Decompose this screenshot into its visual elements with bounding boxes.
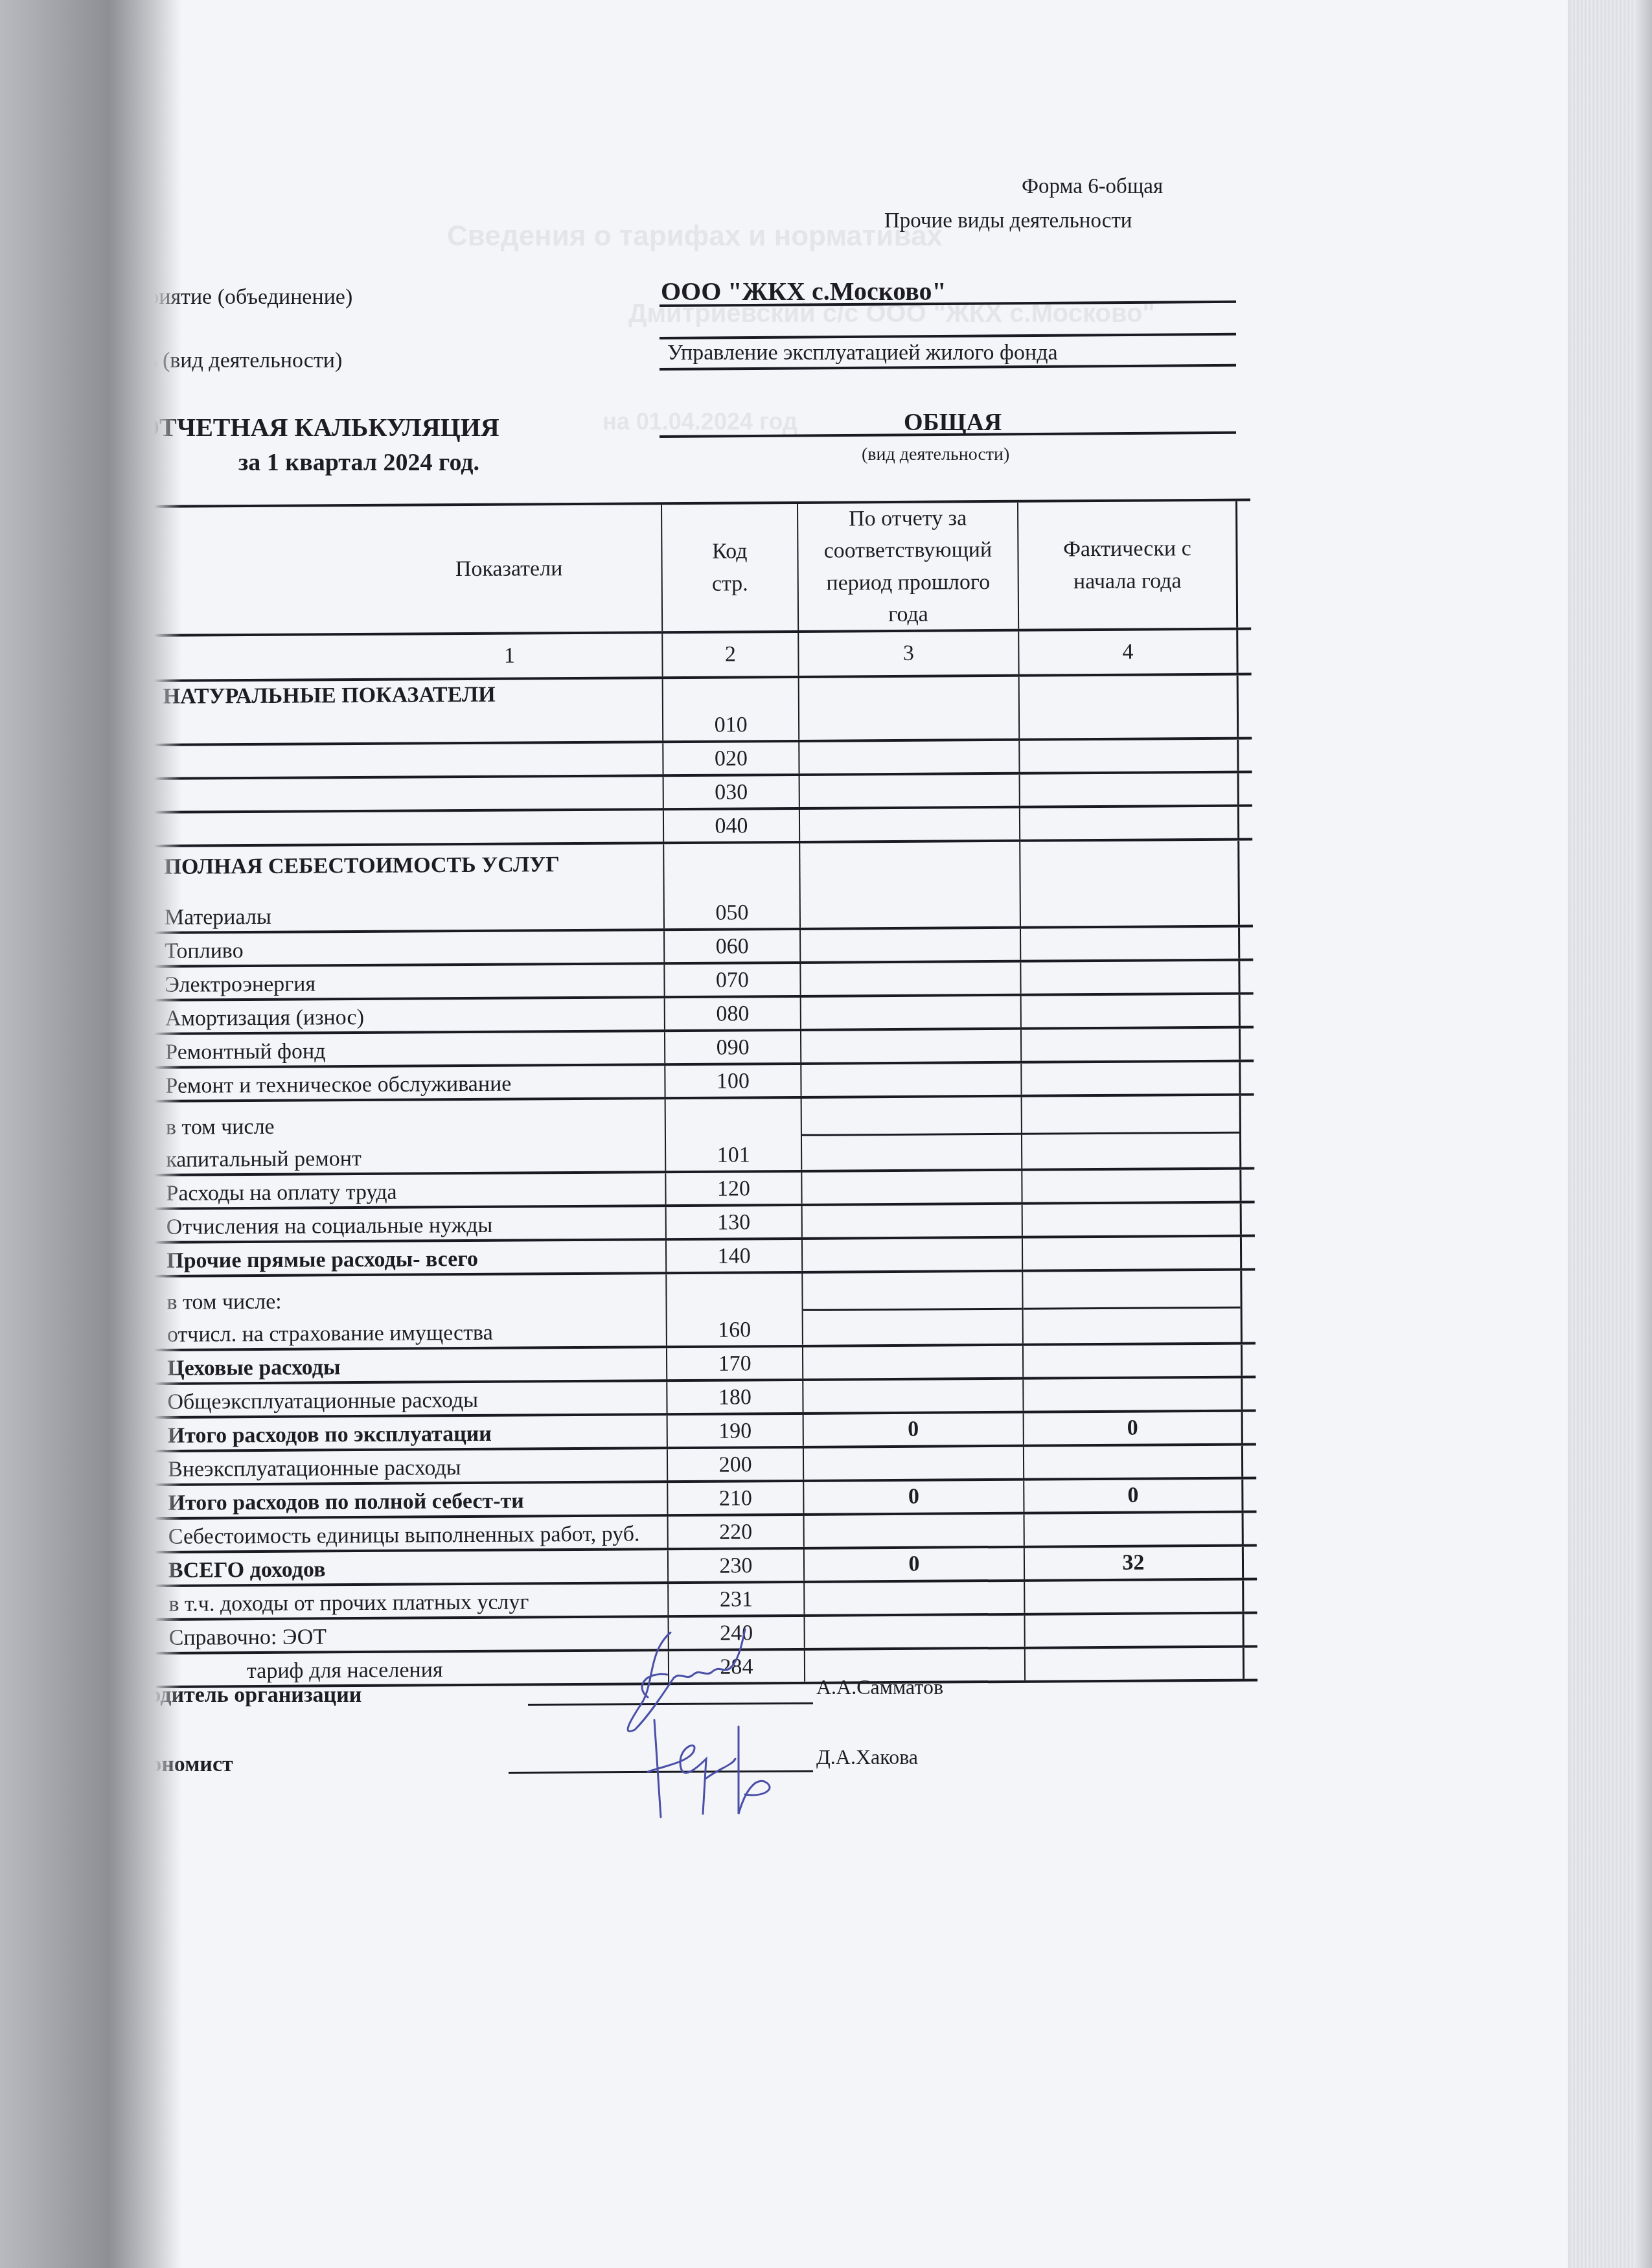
row-code: 080 [664,998,800,1029]
row-value-actual [1022,1204,1242,1236]
row-value-actual [1021,1170,1241,1202]
col-number: 3 [797,632,1018,676]
row-code: 200 [667,1449,803,1480]
row-code: 090 [664,1031,800,1063]
col-header-indicators: Показатели [149,505,661,634]
stacked-page-edges [1568,0,1652,2268]
row-code: 220 [667,1516,803,1548]
row-value-prev-year [801,1097,1022,1170]
col-number: 1 [150,634,661,680]
row-value-prev-year [801,1171,1021,1204]
row-code: 120 [665,1173,801,1204]
row-indicator-name [151,777,663,811]
row-value-prev-year [799,842,1020,928]
row-indicator-name: Амортизация (износ) [152,998,664,1033]
sub-cell-divider [802,1097,1021,1136]
economist-signature [641,1701,790,1830]
row-value-actual: 0 [1023,1412,1243,1445]
row-value-prev-year [801,1205,1022,1237]
activity-kind: ОБЩАЯ [904,410,1002,435]
row-indicator-name: НАТУРАЛЬНЫЕ ПОКАЗАТЕЛИ [150,679,663,744]
row-indicator-name: Прочие прямые расходы- всего [154,1241,665,1275]
row-value-actual [1018,676,1239,739]
col-number: 2 [661,633,797,676]
row-code: 130 [665,1206,801,1238]
row-code: 170 [666,1347,802,1379]
row-code: 230 [667,1550,803,1581]
row-value-prev-year [804,1616,1024,1648]
table-row: ПОЛНАЯ СЕБЕСТОИМОСТЬ УСЛУГМатериалы050 [151,841,1253,934]
row-value-prev-year [800,1030,1020,1062]
row-value-actual [1022,1379,1243,1411]
row-code: 160 [665,1274,802,1346]
row-value-prev-year [798,741,1018,773]
row-value-prev-year: 0 [803,1414,1023,1446]
row-value-actual [1020,961,1240,994]
row-value-prev-year [801,1272,1022,1345]
row-code: 100 [664,1065,800,1097]
col-header-prev-year: По отчету за соответствующий период прош… [797,503,1018,630]
row-value-prev-year [803,1515,1024,1547]
row-value-actual [1022,1271,1243,1344]
row-value-prev-year [800,996,1020,1029]
row-indicator-name: Итого расходов по полной себест-ти [155,1483,667,1517]
scan-binding-shadow [0,0,181,2268]
calculation-table: Показатели Код стр. По отчету за соответ… [149,499,1257,1688]
row-indicator-name: в т.ч. доходы от прочих платных услуг [155,1584,667,1618]
sub-cell-divider [1023,1271,1240,1310]
row-value-actual [1024,1614,1244,1647]
row-code: 030 [663,776,799,808]
row-indicator-name [150,743,662,777]
row-value-actual [1020,1029,1241,1061]
row-value-actual [1022,1237,1242,1270]
row-indicator-group: в том числе [166,1115,275,1140]
row-indicator-name: в том числе:отчисл. на страхование имуще… [154,1274,666,1349]
row-code: 020 [662,742,798,774]
column-number-row: 1 2 3 4 [150,630,1251,682]
row-value-actual [1020,1062,1241,1095]
row-indicator-subitem: отчисл. на страхование имущества [167,1321,493,1347]
row-value-prev-year: 0 [803,1481,1023,1513]
row-value-prev-year [801,1239,1022,1271]
row-indicator-name: Ремонтный фонд [152,1032,664,1066]
row-code: 101 [665,1099,801,1171]
row-code: 060 [663,930,799,962]
row-code: 180 [666,1381,802,1413]
row-code: 010 [662,678,799,740]
row-indicator-name: Топливо [152,931,663,965]
row-indicator-name: Себестоимость единицы выполненных работ,… [155,1517,667,1551]
row-code: 231 [667,1583,803,1615]
row-code: 070 [663,964,799,996]
col-number: 4 [1018,630,1238,674]
row-indicator-name: тариф для населения [156,1651,668,1686]
table-row: в том числе:отчисл. на страхование имуще… [154,1271,1256,1351]
row-indicator-name: Электроэнергия [152,965,663,999]
row-value-actual [1024,1648,1245,1680]
table-row: НАТУРАЛЬНЫЕ ПОКАЗАТЕЛИ010 [150,676,1252,746]
row-value-actual [1024,1513,1244,1546]
row-value-prev-year [799,963,1020,995]
row-value-prev-year [803,1447,1023,1480]
row-indicator-name: Ремонт и техническое обслуживание [152,1066,664,1100]
row-value-actual: 32 [1024,1547,1244,1579]
row-code: 190 [667,1415,803,1447]
row-indicator-group: в том числе: [166,1290,281,1315]
enterprise-value: ООО "ЖКХ с.Москово" [661,279,946,304]
table-header-row: Показатели Код стр. По отчету за соответ… [149,499,1251,637]
form-name: Форма 6-общая [1022,176,1163,198]
row-indicator-name: ПОЛНАЯ СЕБЕСТОИМОСТЬ УСЛУГМатериалы [151,844,663,932]
sub-cell-divider [803,1272,1022,1311]
economist-name: Д.А.Хакова [816,1747,918,1767]
col-header-actual: Фактически с начала года [1017,501,1238,629]
row-value-prev-year [802,1380,1022,1412]
row-value-prev-year [799,929,1020,961]
row-code: 050 [663,843,799,928]
row-value-actual [1024,1581,1244,1613]
row-indicator-name: Отчисления на социальные нужды [154,1207,665,1241]
row-value-actual [1022,1345,1243,1377]
activity-value: Управление эксплуатацией жилого фонда [667,342,1058,364]
row-code: 040 [663,810,799,842]
document-title: ОТЧЕТНАЯ КАЛЬКУЛЯЦИЯ [139,415,499,441]
row-indicator-name: Внеэксплуатационные расходы [155,1449,667,1483]
row-value-prev-year: 0 [803,1548,1024,1581]
row-value-prev-year [803,1582,1024,1614]
row-indicator-name: Итого расходов по эксплуатации [155,1415,667,1450]
row-indicator-name [151,810,663,845]
row-indicator-name: Цеховые расходы [154,1348,666,1382]
activity-group: Прочие виды деятельности [884,211,1132,232]
row-indicator-name: Справочно: ЭОТ [156,1618,668,1652]
row-indicator-name: в том числекапитальный ремонт [153,1099,665,1174]
bleed-through-text: Сведения о тарифах и нормативах [447,220,943,253]
row-value-actual: 0 [1023,1480,1243,1512]
row-value-actual [1020,995,1241,1027]
row-value-actual [1019,841,1240,926]
row-value-actual [1019,773,1239,806]
row-value-actual [1023,1446,1243,1478]
row-value-prev-year [799,808,1019,841]
report-period: за 1 квартал 2024 год. [238,450,479,475]
row-value-actual [1020,928,1240,960]
row-value-prev-year [800,1064,1020,1096]
director-name: А.А.Самматов [816,1677,943,1697]
row-value-actual [1021,1096,1242,1169]
row-code: 140 [665,1240,801,1272]
activity-kind-caption: (вид деятельности) [862,446,1009,464]
row-indicator-group: ПОЛНАЯ СЕБЕСТОИМОСТЬ УСЛУГ [164,853,560,880]
row-value-prev-year [799,775,1019,807]
row-value-prev-year [802,1346,1022,1379]
row-indicator-subitem: капитальный ремонт [166,1147,361,1173]
table-row: в том числекапитальный ремонт101 [153,1096,1255,1176]
row-code: 210 [667,1482,803,1514]
row-value-actual [1019,807,1239,840]
row-indicator-name: Общеэксплуатационные расходы [154,1382,666,1416]
row-value-prev-year [798,677,1019,740]
bleed-through-text: на 01.04.2024 год [602,408,797,435]
row-indicator-name: ВСЕГО доходов [155,1550,667,1585]
col-header-code: Код стр. [661,504,797,631]
row-value-actual [1018,740,1239,772]
sub-cell-divider [1022,1096,1239,1135]
row-indicator-name: Расходы на оплату труда [153,1173,665,1208]
